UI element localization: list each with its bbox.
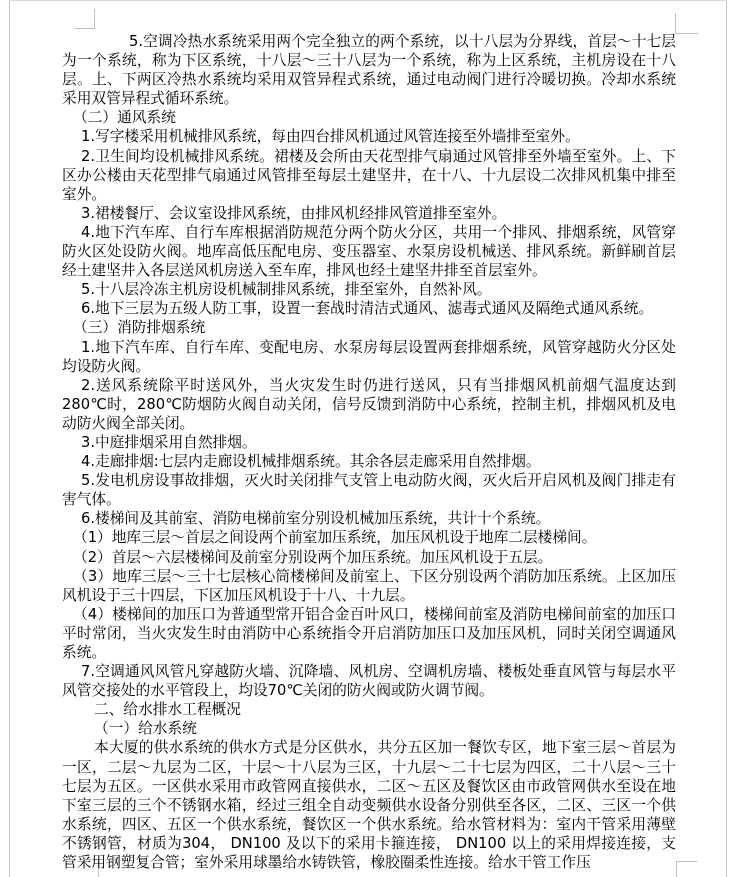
paragraph: （4）楼梯间的加压口为普通型常开铝合金百叶风口，楼梯间前室及消防电梯间前室的加压… <box>62 605 676 662</box>
paragraph: 二、给水排水工程概况 <box>62 700 676 719</box>
paragraph: 4.走廊排烟:七层内走廊设机械排烟系统。其余各层走廊采用自然排烟。 <box>62 452 676 471</box>
text-boundary-mark-top-right <box>675 13 698 34</box>
paragraph: 6.地下三层为五级人防工事，设置一套战时清洁式通风、滤毒式通风及隔绝式通风系统。 <box>62 299 676 318</box>
paragraph: 1.写字楼采用机械排风系统，每由四台排风机通过风管连接至外墙排至室外。 <box>62 127 676 146</box>
paragraph: 7.空调通风风管凡穿越防火墙、沉降墙、风机房、空调机房墙、楼板处垂直风管与每层水… <box>62 662 676 700</box>
text-boundary-mark-top-left <box>75 9 95 29</box>
paragraph: （二）通风系统 <box>62 108 676 127</box>
paragraph: 本大厦的供水系统的供水方式是分区供水，共分五区加一餐饮专区，地下室三层～首层为一… <box>62 738 676 872</box>
text-boundary-mark-bottom-right <box>676 861 697 877</box>
paragraph: （2）首层～六层楼梯间及前室分别设两个加压系统。加压风机设于五层。 <box>62 548 676 567</box>
paragraph: 1.地下汽车库、自行车库、变配电房、水泵房每层设置两套排烟系统，风管穿越防火分区… <box>62 338 676 376</box>
paragraph: 3.裙楼餐厅、会议室设排风系统，由排风机经排风管道排至室外。 <box>62 204 676 223</box>
paragraph: （三）消防排烟系统 <box>62 318 676 337</box>
paragraph: （一）给水系统 <box>62 719 676 738</box>
paragraph: 2.卫生间均设机械排风系统。裙楼及会所由天花型排气扇通过风管排至外墙至室外。上、… <box>62 147 676 204</box>
paragraph: 2.送风系统除平时送风外，当火灾发生时仍进行送风，只有当排烟风机前烟气温度达到2… <box>62 376 676 433</box>
paragraph: （1）地库三层～首层之间设两个前室加压系统，加压风机设于地库二层楼梯间。 <box>62 528 676 547</box>
document-body: 5.空调冷热水系统采用两个完全独立的两个系统，以十八层为分界线，首层～十七层为一… <box>62 32 676 872</box>
paragraph: （3）地库三层～三十七层核心筒楼梯间及前室上、下区分别设两个消防加压系统。上区加… <box>62 567 676 605</box>
paragraph: 4.地下汽车库、自行车库根据消防规范分两个防火分区，共用一个排风、排烟系统，风管… <box>62 223 676 280</box>
paragraph: 3.中庭排烟采用自然排烟。 <box>62 433 676 452</box>
paragraph: 5.空调冷热水系统采用两个完全独立的两个系统，以十八层为分界线，首层～十七层为一… <box>62 32 676 108</box>
paragraph: 6.楼梯间及其前室、消防电梯前室分别设机械加压系统，共计十个系统。 <box>62 509 676 528</box>
paragraph: 5.发电机房设事故排烟，灭火时关闭排气支管上电动防火阀，灭火后开启风机及阀门排走… <box>62 471 676 509</box>
document-page: 5.空调冷热水系统采用两个完全独立的两个系统，以十八层为分界线，首层～十七层为一… <box>9 0 727 877</box>
paragraph: 5.十八层冷冻主机房设机械制排风系统，排至室外，自然补风。 <box>62 280 676 299</box>
